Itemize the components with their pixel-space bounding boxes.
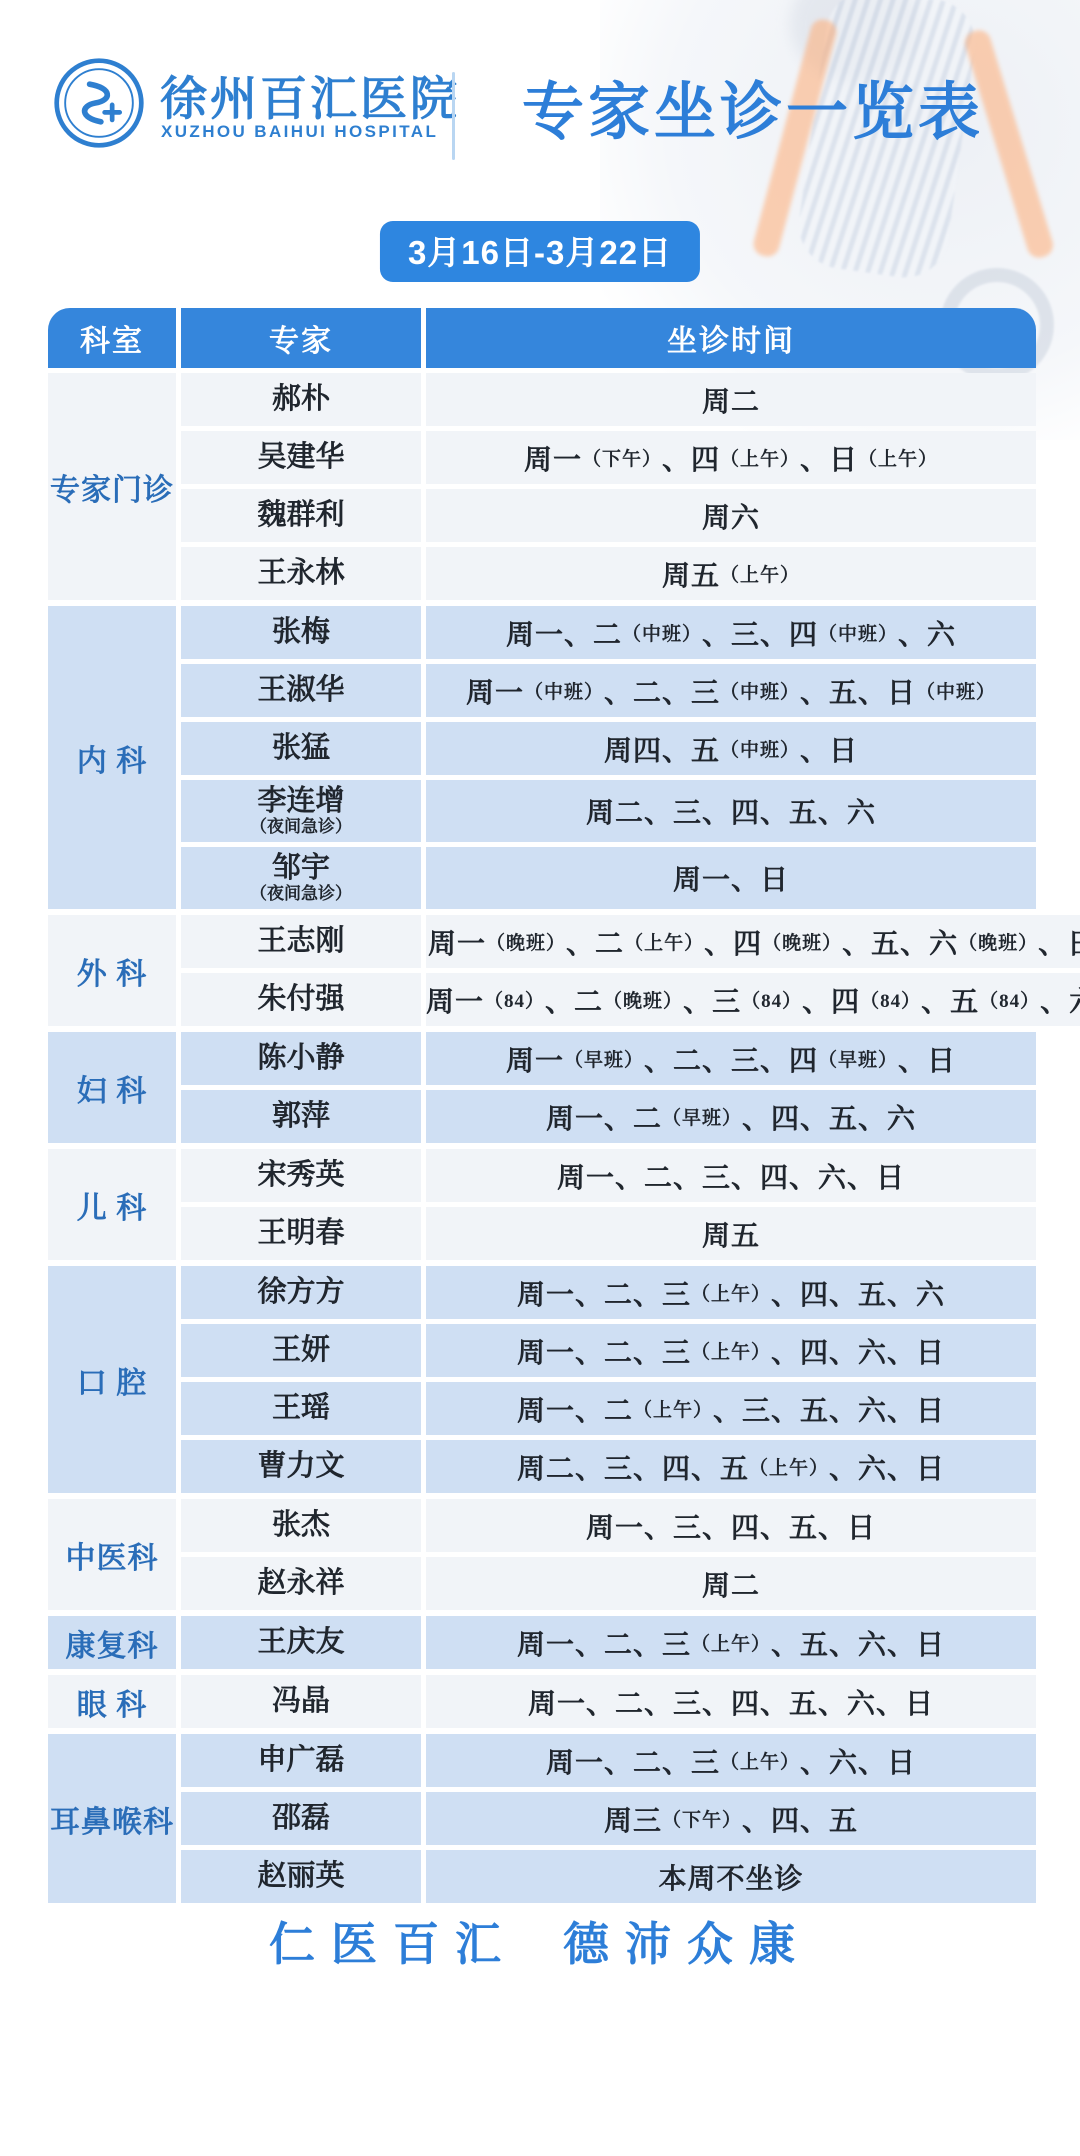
table-row: 张梅周一、二（中班）、三、四（中班）、六 [181,606,1036,659]
consultation-time: 周三（下午）、四、五 [426,1792,1036,1845]
hospital-name-en: XUZHOU BAIHUI HOSPITAL [161,122,438,142]
consultation-time: 周二、三、四、五（上午）、六、日 [426,1440,1036,1493]
department-section: 康复科王庆友周一、二、三（上午）、五、六、日 [48,1616,1036,1669]
table-row: 魏群利周六 [181,489,1036,542]
table-row: 王妍周一、二、三（上午）、四、六、日 [181,1324,1036,1377]
expert-name: 曹力文 [181,1440,421,1493]
consultation-time: 周一、二、三（上午）、四、六、日 [426,1324,1036,1377]
consultation-time: 周一、三、四、五、日 [426,1499,1036,1552]
column-header-time: 坐诊时间 [426,308,1036,368]
department-label: 口 腔 [48,1266,176,1493]
department-section: 中医科张杰周一、三、四、五、日赵永祥周二 [48,1499,1036,1610]
department-section: 眼 科冯晶周一、二、三、四、五、六、日 [48,1675,1036,1728]
consultation-time: 周六 [426,489,1036,542]
department-section: 妇 科陈小静周一（早班）、二、三、四（早班）、日郭萍周一、二（早班）、四、五、六 [48,1032,1036,1143]
expert-name: 王永林 [181,547,421,600]
department-label: 外 科 [48,915,176,1026]
table-row: 张杰周一、三、四、五、日 [181,1499,1036,1552]
table-row: 李连增（夜间急诊）周二、三、四、五、六 [181,780,1036,842]
page-title: 专家坐诊一览表 [468,62,1038,151]
table-row: 张猛周四、五（中班）、日 [181,722,1036,775]
consultation-time: 周一、二（上午）、三、五、六、日 [426,1382,1036,1435]
expert-name: 郝朴 [181,373,421,426]
department-section: 外 科王志刚周一（晚班）、二（上午）、四（晚班）、五、六（晚班）、日（晚班）朱付… [48,915,1036,1026]
consultation-time: 周一（中班）、二、三（中班）、五、日（中班） [426,664,1036,717]
table-row: 郝朴周二 [181,373,1036,426]
consultation-time: 周一、二、三、四、六、日 [426,1149,1036,1202]
expert-name: 宋秀英 [181,1149,421,1202]
table-row: 冯晶周一、二、三、四、五、六、日 [181,1675,1036,1728]
table-row: 朱付强周一（84）、二（晚班）、三（84）、四（84）、五（84）、六（上午） [181,973,1080,1026]
column-header-expert: 专家 [181,308,421,368]
table-row: 王志刚周一（晚班）、二（上午）、四（晚班）、五、六（晚班）、日（晚班） [181,915,1080,968]
expert-name: 李连增（夜间急诊） [181,780,421,842]
hospital-slogan: 仁医百汇德沛众康 [0,1908,1080,1974]
expert-name: 魏群利 [181,489,421,542]
table-row: 赵丽英本周不坐诊 [181,1850,1036,1903]
table-row: 申广磊周一、二、三（上午）、六、日 [181,1734,1036,1787]
consultation-time: 周二 [426,373,1036,426]
department-label: 专家门诊 [48,373,176,600]
date-range-badge: 3月16日-3月22日 [380,221,700,282]
consultation-time: 周一、日 [426,847,1036,909]
table-row: 郭萍周一、二（早班）、四、五、六 [181,1090,1036,1143]
consultation-time: 周二 [426,1557,1036,1610]
expert-name: 王志刚 [181,915,421,968]
expert-name: 申广磊 [181,1734,421,1787]
table-row: 曹力文周二、三、四、五（上午）、六、日 [181,1440,1036,1493]
table-row: 徐方方周一、二、三（上午）、四、五、六 [181,1266,1036,1319]
expert-name: 赵永祥 [181,1557,421,1610]
expert-name: 王庆友 [181,1616,421,1669]
department-label: 内 科 [48,606,176,909]
department-label: 妇 科 [48,1032,176,1143]
header-divider [452,72,455,160]
expert-name: 郭萍 [181,1090,421,1143]
consultation-time: 周一（早班）、二、三、四（早班）、日 [426,1032,1036,1085]
hospital-logo-icon [52,56,146,150]
department-label: 儿 科 [48,1149,176,1260]
table-header-row: 科室 专家 坐诊时间 [48,308,1036,368]
table-row: 王明春周五 [181,1207,1036,1260]
hospital-name: 徐州百汇医院 [160,62,460,129]
table-row: 王淑华周一（中班）、二、三（中班）、五、日（中班） [181,664,1036,717]
expert-name: 王淑华 [181,664,421,717]
expert-name: 张梅 [181,606,421,659]
expert-note: （夜间急诊） [250,885,352,904]
expert-name: 赵丽英 [181,1850,421,1903]
table-row: 赵永祥周二 [181,1557,1036,1610]
expert-name: 吴建华 [181,431,421,484]
expert-name: 张杰 [181,1499,421,1552]
department-label: 眼 科 [48,1675,176,1728]
department-section: 儿 科宋秀英周一、二、三、四、六、日王明春周五 [48,1149,1036,1260]
expert-name: 王明春 [181,1207,421,1260]
consultation-time: 周一（84）、二（晚班）、三（84）、四（84）、五（84）、六（上午） [426,973,1080,1026]
table-row: 陈小静周一（早班）、二、三、四（早班）、日 [181,1032,1036,1085]
consultation-time: 周一、二、三、四、五、六、日 [426,1675,1036,1728]
consultation-time: 周四、五（中班）、日 [426,722,1036,775]
table-row: 吴建华周一（下午）、四（上午）、日（上午） [181,431,1036,484]
column-header-department: 科室 [48,308,176,368]
consultation-time: 周一、二、三（上午）、四、五、六 [426,1266,1036,1319]
expert-name: 邵磊 [181,1792,421,1845]
expert-name: 冯晶 [181,1675,421,1728]
department-label: 康复科 [48,1616,176,1669]
consultation-time: 周五 [426,1207,1036,1260]
schedule-table: 科室 专家 坐诊时间 专家门诊郝朴周二吴建华周一（下午）、四（上午）、日（上午）… [48,308,1036,1903]
consultation-time: 周二、三、四、五、六 [426,780,1036,842]
expert-name: 邹宇（夜间急诊） [181,847,421,909]
expert-note: （夜间急诊） [250,818,352,837]
consultation-time: 周一（下午）、四（上午）、日（上午） [426,431,1036,484]
expert-name: 王瑶 [181,1382,421,1435]
expert-name: 徐方方 [181,1266,421,1319]
consultation-time: 周一、二、三（上午）、五、六、日 [426,1616,1036,1669]
expert-name: 陈小静 [181,1032,421,1085]
table-row: 邵磊周三（下午）、四、五 [181,1792,1036,1845]
table-row: 王庆友周一、二、三（上午）、五、六、日 [181,1616,1036,1669]
table-row: 王永林周五（上午） [181,547,1036,600]
table-body: 专家门诊郝朴周二吴建华周一（下午）、四（上午）、日（上午）魏群利周六王永林周五（… [48,373,1036,1903]
expert-name: 朱付强 [181,973,421,1026]
department-section: 专家门诊郝朴周二吴建华周一（下午）、四（上午）、日（上午）魏群利周六王永林周五（… [48,373,1036,600]
table-row: 邹宇（夜间急诊）周一、日 [181,847,1036,909]
department-section: 耳鼻喉科申广磊周一、二、三（上午）、六、日邵磊周三（下午）、四、五赵丽英本周不坐… [48,1734,1036,1903]
expert-name: 张猛 [181,722,421,775]
department-label: 耳鼻喉科 [48,1734,176,1903]
table-row: 宋秀英周一、二、三、四、六、日 [181,1149,1036,1202]
consultation-time: 周一、二、三（上午）、六、日 [426,1734,1036,1787]
department-section: 口 腔徐方方周一、二、三（上午）、四、五、六王妍周一、二、三（上午）、四、六、日… [48,1266,1036,1493]
consultation-time: 周五（上午） [426,547,1036,600]
consultation-time: 周一（晚班）、二（上午）、四（晚班）、五、六（晚班）、日（晚班） [426,915,1080,968]
table-row: 王瑶周一、二（上午）、三、五、六、日 [181,1382,1036,1435]
department-section: 内 科张梅周一、二（中班）、三、四（中班）、六王淑华周一（中班）、二、三（中班）… [48,606,1036,909]
consultation-time: 本周不坐诊 [426,1850,1036,1903]
consultation-time: 周一、二（早班）、四、五、六 [426,1090,1036,1143]
consultation-time: 周一、二（中班）、三、四（中班）、六 [426,606,1036,659]
department-label: 中医科 [48,1499,176,1610]
expert-name: 王妍 [181,1324,421,1377]
